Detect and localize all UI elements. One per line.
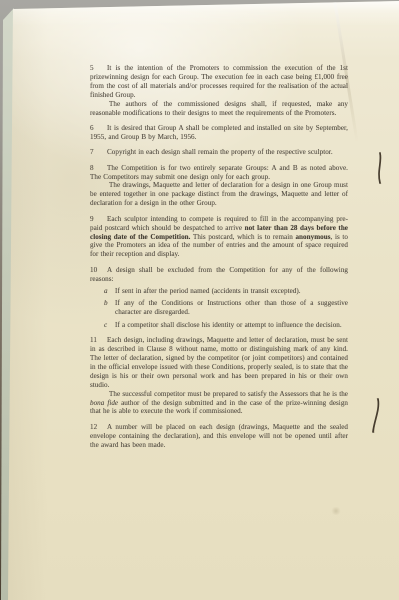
binding-stitches	[0, 0, 399, 600]
scanned-page-photo: 5It is the intention of the Promoters to…	[0, 0, 399, 600]
